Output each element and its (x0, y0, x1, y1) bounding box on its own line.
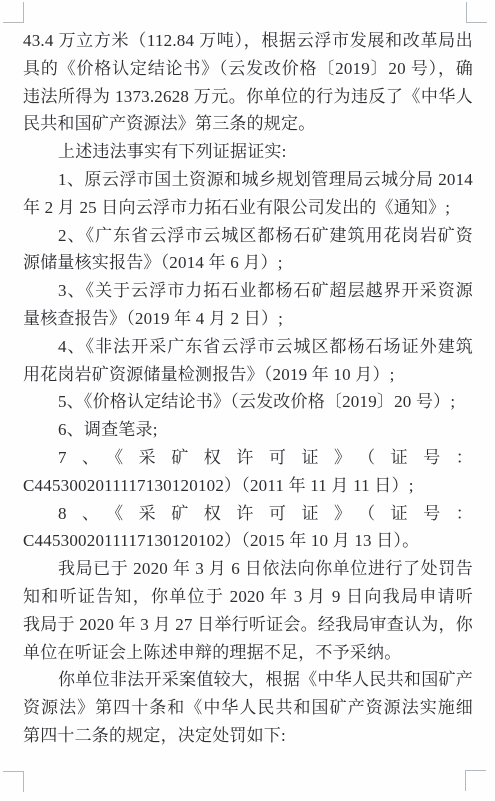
margin-crop-mark-top-left (3, 2, 24, 23)
text-line: C4453002011117130120102）（2015 年 10 月 13 … (23, 527, 473, 555)
text-line: 2、《广东省云浮市云城区都杨石矿建筑用花岗岩矿资 (23, 222, 473, 250)
text-line: 量核查报告》（2019 年 4 月 2 日）; (23, 305, 473, 333)
document-page: 43.4 万立方米（112.84 万吨），根据云浮市发展和改革局出具的《价格认定… (0, 0, 495, 801)
text-line: 43.4 万立方米（112.84 万吨），根据云浮市发展和改革局出 (23, 27, 473, 55)
margin-crop-mark-top-right (466, 2, 487, 23)
text-line: 3、《关于云浮市力拓石业都杨石矿超层越界开采资源 (23, 277, 473, 305)
text-line: 资源法》第四十条和《中华人民共和国矿产资源法实施细则》 (23, 694, 473, 722)
text-line: C4453002011117130120102）（2011 年 11 月 11 … (23, 472, 473, 500)
text-line: 1、原云浮市国土资源和城乡规划管理局云城分局 2014 (23, 166, 473, 194)
text-line: 知和听证告知，你单位于 2020 年 3 月 9 日向我局申请听证。 (23, 583, 473, 611)
text-line: 5、《价格认定结论书》（云发改价格〔2019〕20 号）; (23, 388, 473, 416)
text-line: 你单位非法开采案值较大，根据《中华人民共和国矿产 (23, 666, 473, 694)
text-line: 违法所得为 1373.2628 万元。你单位的行为违反了《中华人 (23, 83, 473, 111)
document-body: 43.4 万立方米（112.84 万吨），根据云浮市发展和改革局出具的《价格认定… (23, 27, 473, 750)
text-line: 我局于 2020 年 3 月 27 日举行听证会。经我局审查认为，你 (23, 611, 473, 639)
text-line: 第四十二条的规定，决定处罚如下: (23, 722, 473, 750)
text-line: 源储量核实报告》（2014 年 6 月）; (23, 249, 473, 277)
text-line: 4、《非法开采广东省云浮市云城区都杨石场证外建筑 (23, 333, 473, 361)
text-line: 民共和国矿产资源法》第三条的规定。 (23, 110, 473, 138)
text-line: 用花岗岩矿资源储量检测报告》（2019 年 10 月）; (23, 361, 473, 389)
text-line: 具的《价格认定结论书》（云发改价格〔2019〕20 号），确认 (23, 55, 473, 83)
text-line: 8、《采矿权许可证》（证号： (23, 500, 473, 528)
text-line: 我局已于 2020 年 3 月 6 日依法向你单位进行了处罚告 (23, 555, 473, 583)
margin-crop-mark-bottom-left (3, 771, 24, 792)
margin-crop-mark-bottom-right (465, 770, 486, 791)
text-line: 单位在听证会上陈述申辩的理据不足，不予采纳。 (23, 639, 473, 667)
text-line: 6、调查笔录; (23, 416, 473, 444)
text-line: 上述违法事实有下列证据证实: (23, 138, 473, 166)
text-line: 7、《采矿权许可证》（证号： (23, 444, 473, 472)
text-line: 年 2 月 25 日向云浮市力拓石业有限公司发出的《通知》; (23, 194, 473, 222)
